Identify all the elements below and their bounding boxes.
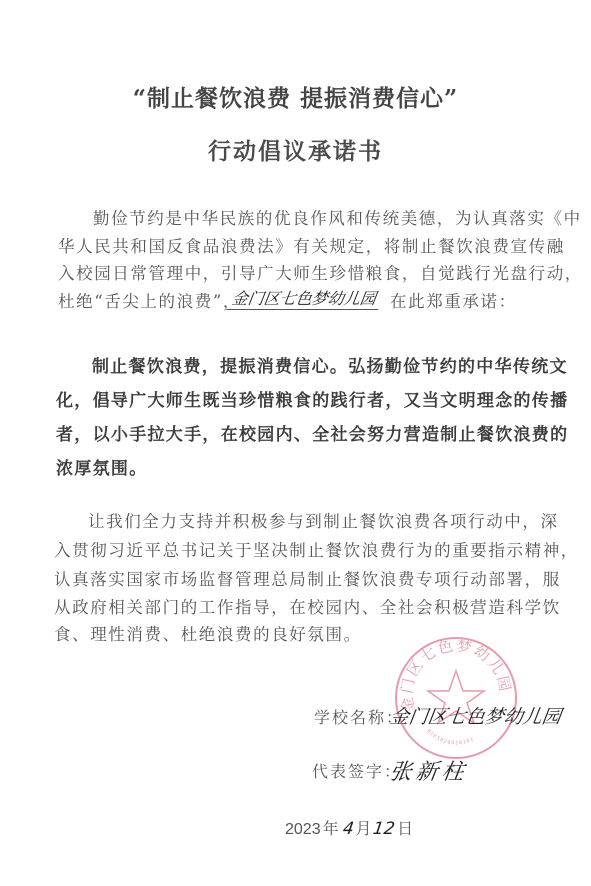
text-line: 入贯彻习近平总书记关于坚决制止餐饮浪费行为的重要指示精神， bbox=[54, 537, 579, 561]
text-line: 勤俭节约是中华民族的优良作风和传统美德，为认真落实《中 bbox=[93, 205, 582, 229]
handwritten-school-name: 金门区七色梦幼儿园 bbox=[226, 286, 381, 310]
text-line: 制止餐饮浪费，提振消费信心。弘扬勤俭节约的中华传统文 bbox=[92, 352, 568, 377]
document-subtitle: 行动倡议承诺书 bbox=[0, 133, 591, 166]
date-year: 2023 bbox=[285, 821, 321, 838]
text-line: 从政府相关部门的工作指导，在校园内、全社会积极营造科学饮 bbox=[54, 594, 561, 618]
seal-star-icon: 金门区七色梦幼儿园 0203020010101 bbox=[397, 639, 515, 757]
text-line: 让我们全力支持并积极参与到制止餐饮浪费各项行动中，深 bbox=[88, 508, 559, 532]
svg-text:0203020010101: 0203020010101 bbox=[425, 728, 475, 746]
signing-date: 2023年4月12日 bbox=[285, 816, 413, 839]
date-year-unit: 年 bbox=[321, 819, 341, 838]
text-line: 认真落实国家市场监督管理总局制止餐饮浪费专项行动部署，服 bbox=[54, 566, 561, 590]
text-line: 入校园日常管理中，引导广大师生珍惜粮食，自觉践行光盘行动， bbox=[58, 260, 583, 284]
text-line: 食、理性消费、杜绝浪费的良好氛围。 bbox=[54, 621, 362, 645]
school-name-handwritten: 金门区七色梦幼儿园 bbox=[388, 702, 563, 729]
date-day: 12 bbox=[370, 819, 398, 839]
text-line: 者，以小手拉大手，在校园内、全社会努力营造制止餐饮浪费的 bbox=[56, 420, 568, 445]
date-month: 4 bbox=[339, 819, 357, 839]
representative-signature: 张新柱 bbox=[388, 755, 470, 786]
date-day-unit: 日 bbox=[397, 819, 413, 838]
official-seal: 金门区七色梦幼儿园 0203020010101 bbox=[395, 637, 517, 759]
text-line: 杜绝“舌尖上的浪费”， bbox=[58, 288, 241, 312]
text-line: 浓厚氛围。 bbox=[56, 454, 148, 479]
text-prefix: 杜绝“舌尖上的浪费”， bbox=[58, 292, 241, 311]
text-suffix: 在此郑重承诺： bbox=[390, 288, 517, 312]
text-line: 华人民共和国反食品浪费法》有关规定，将制止餐饮浪费宣传融 bbox=[58, 233, 565, 257]
document-title: “制止餐饮浪费 提振消费信心” bbox=[0, 80, 591, 113]
text-line: 化，倡导广大师生既当珍惜粮食的践行者，又当文明理念的传播 bbox=[56, 386, 568, 411]
